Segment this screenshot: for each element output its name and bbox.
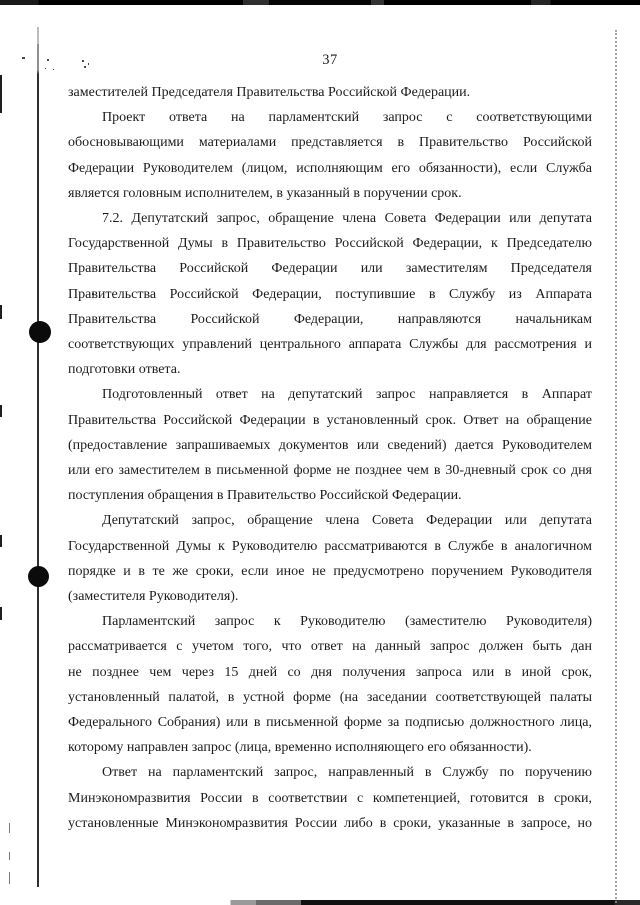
scanned-document-page: 37 заместителей Председателя Правительст…: [0, 0, 640, 905]
text-line: рассматривается с учетом того, что ответ…: [68, 634, 592, 659]
text-line: Проект ответа на парламентский запрос с …: [68, 105, 592, 130]
scan-edge-band-bottom: [0, 900, 640, 905]
paper-edge-mark: [9, 852, 10, 860]
binding-fold-line: [37, 27, 39, 887]
text-line: Государственной Думы к Руководителю расс…: [68, 534, 592, 559]
document-body: заместителей Председателя Правительства …: [68, 80, 592, 836]
paragraph: Ответ на парламентский запрос, направлен…: [68, 760, 592, 836]
text-line: Правительства Российской Федерации, напр…: [68, 307, 592, 332]
binding-hole-bottom: [28, 566, 49, 587]
text-line: заместителей Председателя Правительства …: [68, 80, 592, 105]
text-line: (предоставление запрашиваемых документов…: [68, 433, 592, 458]
paper-edge-mark: [0, 405, 2, 417]
noise-speck: [47, 59, 49, 61]
paragraph: Подготовленный ответ на депутатский запр…: [68, 382, 592, 508]
paper-edge-mark: [9, 823, 10, 833]
page-number: 37: [68, 52, 592, 69]
scan-edge-band-top: [0, 0, 640, 5]
paragraph: заместителей Председателя Правительства …: [68, 80, 592, 105]
paper-edge-mark: [0, 305, 2, 319]
text-line: Федерального Собрания) или в письменной …: [68, 710, 592, 735]
text-line: которому направлен запрос (лица, временн…: [68, 735, 592, 760]
text-line: (заместителя Руководителя).: [68, 584, 592, 609]
text-line: Федерации Руководителем (лицом, исполняю…: [68, 156, 592, 181]
text-line: Правительства Российской Федерации или з…: [68, 256, 592, 281]
paper-edge-mark: [0, 607, 2, 620]
text-line: установленный палатой, в устной форме (н…: [68, 685, 592, 710]
text-line: 7.2. Депутатский запрос, обращение члена…: [68, 206, 592, 231]
text-line: Правительства Российской Федерации в уст…: [68, 408, 592, 433]
paper-edge-mark: [0, 75, 2, 113]
text-line: поступления обращения в Правительство Ро…: [68, 483, 592, 508]
noise-speck: [53, 69, 54, 70]
text-line: Парламентский запрос к Руководителю (зам…: [68, 609, 592, 634]
text-line: соответствующих управлений центрального …: [68, 332, 592, 357]
text-line: или его заместителем в письменной форме …: [68, 458, 592, 483]
paper-edge-mark: [0, 535, 2, 547]
paper-edge-mark: [9, 872, 10, 884]
text-line: установленные Минэкономразвития России л…: [68, 811, 592, 836]
binding-hole-top: [29, 321, 51, 343]
noise-speck: [22, 57, 25, 59]
text-line: Минэкономразвития России в соответствии …: [68, 786, 592, 811]
text-line: Депутатский запрос, обращение члена Сове…: [68, 508, 592, 533]
text-line: порядке и в те же сроки, если иное не пр…: [68, 559, 592, 584]
right-margin-dotted-line: [615, 30, 617, 903]
paragraph: Проект ответа на парламентский запрос с …: [68, 105, 592, 206]
text-line: не позднее чем через 15 дней со дня полу…: [68, 660, 592, 685]
text-line: Правительства Российской Федерации, пост…: [68, 282, 592, 307]
text-line: обосновывающими материалами представляет…: [68, 130, 592, 155]
text-line: Подготовленный ответ на депутатский запр…: [68, 382, 592, 407]
text-line: подготовки ответа.: [68, 357, 592, 382]
text-line: Государственной Думы в Правительство Рос…: [68, 231, 592, 256]
paragraph: Парламентский запрос к Руководителю (зам…: [68, 609, 592, 760]
noise-speck: [45, 68, 46, 69]
text-line: Ответ на парламентский запрос, направлен…: [68, 760, 592, 785]
text-line: является головным исполнителем, в указан…: [68, 181, 592, 206]
paragraph: 7.2. Депутатский запрос, обращение члена…: [68, 206, 592, 382]
paragraph: Депутатский запрос, обращение члена Сове…: [68, 508, 592, 609]
